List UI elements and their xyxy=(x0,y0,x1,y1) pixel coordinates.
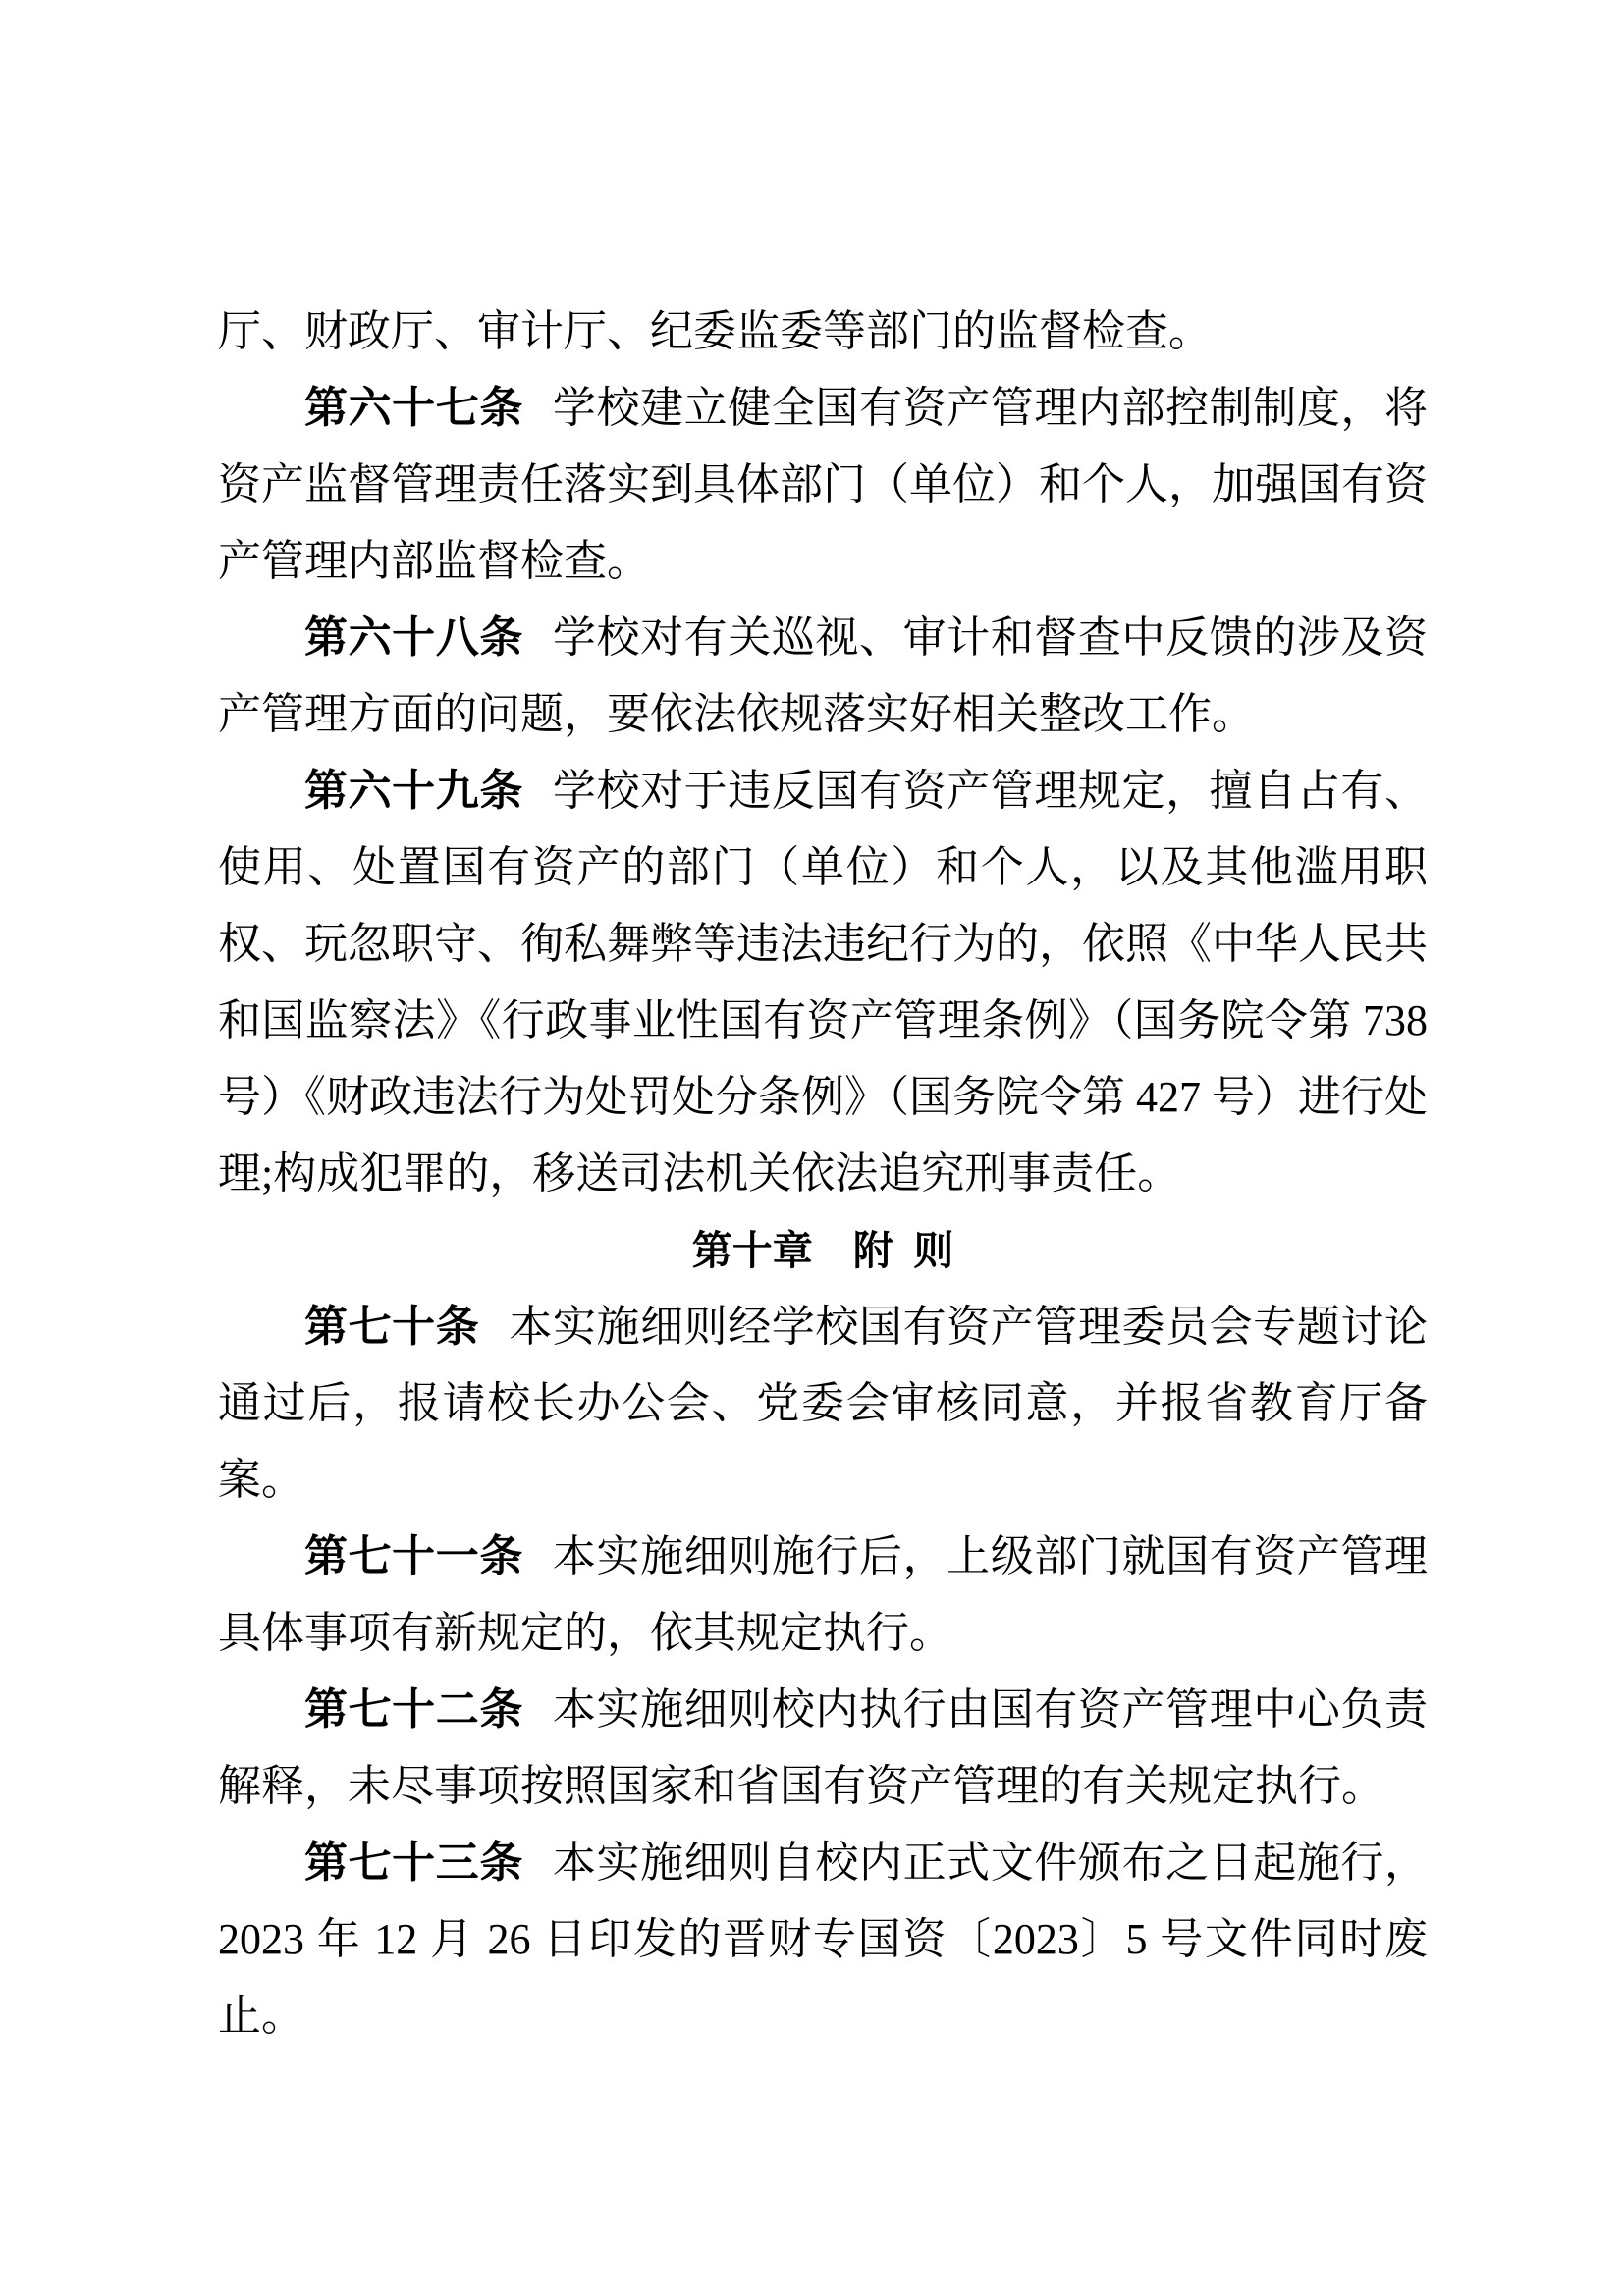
article-73: 第七十三条本实施细则自校内正式文件颁布之日起施行，2023 年 12 月 26 … xyxy=(218,1825,1428,2055)
article-72: 第七十二条本实施细则校内执行由国有资产管理中心负责解释，未尽事项按照国家和省国有… xyxy=(218,1672,1428,1825)
article-68: 第六十八条学校对有关巡视、审计和督查中反馈的涉及资产管理方面的问题，要依法依规落… xyxy=(218,600,1428,753)
article-70: 第七十条本实施细则经学校国有资产管理委员会专题讨论通过后，报请校长办公会、党委会… xyxy=(218,1289,1428,1519)
article-label: 第六十八条 xyxy=(304,614,523,662)
article-label: 第七十三条 xyxy=(304,1839,523,1887)
article-71: 第七十一条本实施细则施行后，上级部门就国有资产管理具体事项有新规定的，依其规定执… xyxy=(218,1519,1428,1672)
document-page: 厅、财政厅、审计厅、纪委监委等部门的监督检查。 第六十七条学校建立健全国有资产管… xyxy=(0,0,1624,2296)
chapter-10-heading: 第十章 附 则 xyxy=(218,1212,1428,1289)
paragraph-continuation: 厅、财政厅、审计厅、纪委监委等部门的监督检查。 xyxy=(218,294,1428,370)
article-69: 第六十九条学校对于违反国有资产管理规定，擅自占有、使用、处置国有资产的部门（单位… xyxy=(218,753,1428,1212)
article-label: 第七十二条 xyxy=(304,1685,523,1734)
article-label: 第七十条 xyxy=(304,1303,479,1351)
article-67: 第六十七条学校建立健全国有资产管理内部控制制度，将资产监督管理责任落实到具体部门… xyxy=(218,370,1428,600)
article-text: 学校对于违反国有资产管理规定，擅自占有、使用、处置国有资产的部门（单位）和个人，… xyxy=(218,767,1428,1198)
article-label: 第六十七条 xyxy=(304,384,523,432)
article-label: 第七十一条 xyxy=(304,1532,523,1580)
article-label: 第六十九条 xyxy=(304,767,523,815)
paragraph-text: 厅、财政厅、审计厅、纪委监委等部门的监督检查。 xyxy=(218,307,1212,355)
